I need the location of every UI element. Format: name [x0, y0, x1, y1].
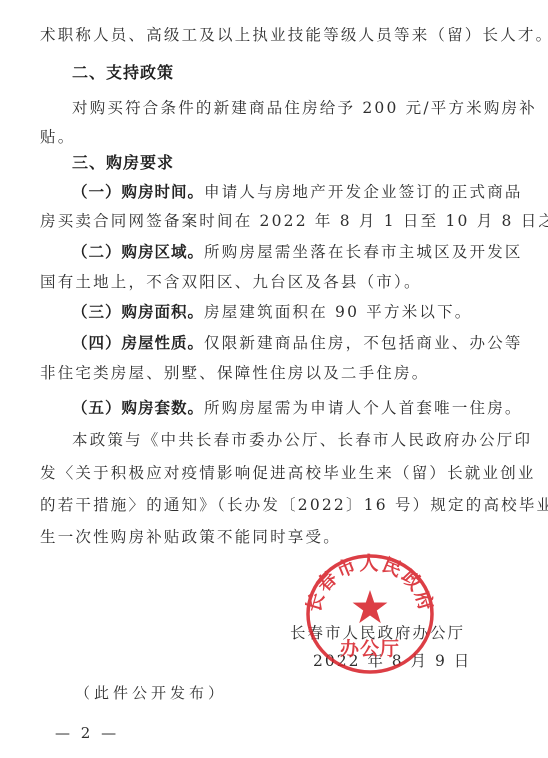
- requirement-text: 申请人与房地产开发企业签订的正式商品: [204, 183, 523, 201]
- requirement-item-count: （五）购房套数。所购房屋需为申请人个人首套唯一住房。: [72, 398, 512, 418]
- requirement-lead: （四）房屋性质。: [72, 334, 204, 352]
- requirement-lead: （二）购房区域。: [72, 243, 204, 261]
- body-line: 生一次性购房补贴政策不能同时享受。: [40, 527, 512, 547]
- body-line: 的若干措施〉的通知》（长办发〔2022〕16 号）规定的高校毕业: [40, 495, 512, 515]
- requirement-item-size: （三）购房面积。房屋建筑面积在 90 平方米以下。: [72, 302, 512, 322]
- requirement-lead: （三）购房面积。: [72, 303, 204, 321]
- body-line: 本政策与《中共长春市委办公厅、长春市人民政府办公厅印: [72, 430, 512, 450]
- issue-date: 2022 年 8 月 9 日: [313, 651, 471, 671]
- section-heading-support-policy: 二、支持政策: [72, 63, 512, 83]
- body-line: 非住宅类房屋、别墅、保障性住房以及二手住房。: [40, 363, 512, 383]
- body-line: 贴。: [40, 127, 512, 147]
- requirement-text: 房屋建筑面积在 90 平方米以下。: [204, 303, 472, 321]
- requirement-lead: （一）购房时间。: [72, 183, 204, 201]
- body-line: 术职称人员、高级工及以上执业技能等级人员等来（留）长人才。: [40, 25, 512, 45]
- body-line: 国有土地上，不含双阳区、九台区及各县（市）。: [40, 272, 512, 292]
- section-heading-purchase-requirements: 三、购房要求: [72, 153, 512, 173]
- public-release-note: （此件公开发布）: [75, 682, 227, 703]
- body-line: 对购买符合条件的新建商品住房给予 200 元/平方米购房补: [72, 98, 512, 118]
- requirement-lead: （五）购房套数。: [72, 399, 204, 417]
- star-icon: [353, 590, 388, 623]
- requirement-text: 所购房屋需坐落在长春市主城区及开发区: [204, 243, 523, 261]
- requirement-item-time: （一）购房时间。申请人与房地产开发企业签订的正式商品: [72, 182, 512, 202]
- body-line: 房买卖合同网签备案时间在 2022 年 8 月 1 日至 10 月 8 日之间。: [40, 211, 512, 231]
- requirement-text: 所购房屋需为申请人个人首套唯一住房。: [204, 399, 523, 417]
- requirement-item-property-type: （四）房屋性质。仅限新建商品住房，不包括商业、办公等: [72, 333, 512, 353]
- requirement-item-area: （二）购房区域。所购房屋需坐落在长春市主城区及开发区: [72, 242, 512, 262]
- issuer-signature: 长春市人民政府办公厅: [290, 623, 465, 643]
- body-line: 发〈关于积极应对疫情影响促进高校毕业生来（留）长就业创业: [40, 463, 512, 483]
- svg-text:长春市人民政府: 长春市人民政府: [305, 553, 435, 615]
- seal-arc-text: 长春市人民政府: [305, 553, 435, 615]
- page-number: — 2 —: [55, 724, 119, 742]
- requirement-text: 仅限新建商品住房，不包括商业、办公等: [204, 334, 523, 352]
